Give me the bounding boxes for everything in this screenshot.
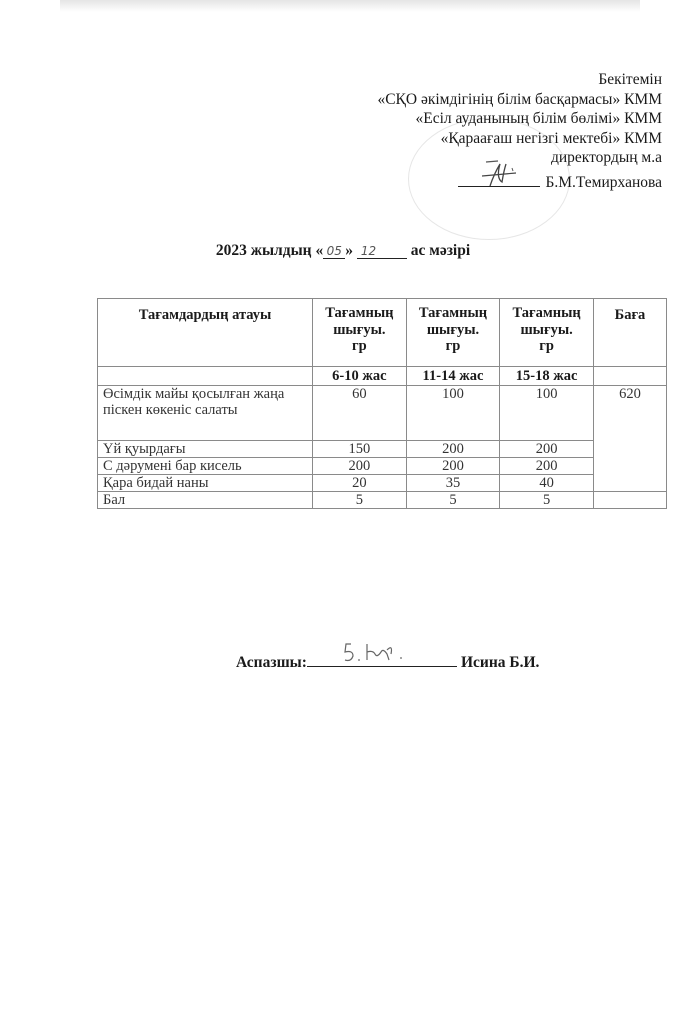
- title-prefix: 2023 жылдың «: [216, 242, 323, 259]
- approval-heading: Бекітемін: [377, 70, 662, 90]
- cook-name: Исина Б.И.: [461, 654, 539, 671]
- document-title: 2023 жылдың «05» 12 ас мәзірі: [0, 242, 686, 260]
- price-empty-cell: [593, 492, 666, 509]
- food-name: Қара бидай наны: [98, 475, 313, 492]
- age-group-row: 6-10 жас 11-14 жас 15-18 жас: [98, 367, 667, 386]
- title-mid: »: [345, 242, 357, 259]
- table-row: Үй қуырдағы 150 200 200: [98, 441, 667, 458]
- menu-table: Тағамдардың атауы Тағамның шығуы. гр Тағ…: [97, 298, 667, 509]
- yield-6-10: 150: [313, 441, 407, 458]
- header-yield-6-10: Тағамның шығуы. гр: [313, 299, 407, 367]
- handwritten-signature-icon: [343, 638, 423, 664]
- food-name: Бал: [98, 492, 313, 509]
- header-text: шығуы.: [333, 322, 385, 338]
- yield-15-18: 200: [500, 458, 594, 475]
- header-text: гр: [446, 338, 461, 354]
- approval-org-1: «СҚО әкімдігінің білім басқармасы» КММ: [377, 90, 662, 110]
- approval-org-3: «Қараағаш негізгі мектебі» КММ: [377, 129, 662, 149]
- title-day: 05: [323, 244, 345, 259]
- table-header-row: Тағамдардың атауы Тағамның шығуы. гр Тағ…: [98, 299, 667, 367]
- food-name: С дәрумені бар кисель: [98, 458, 313, 475]
- header-text: Тағамның: [512, 305, 580, 321]
- header-yield-15-18: Тағамның шығуы. гр: [500, 299, 594, 367]
- table-row: Бал 5 5 5: [98, 492, 667, 509]
- cook-label: Аспазшы:: [236, 654, 307, 671]
- price-cell: 620: [593, 386, 666, 492]
- table-row: Қара бидай наны 20 35 40: [98, 475, 667, 492]
- table-row: С дәрумені бар кисель 200 200 200: [98, 458, 667, 475]
- food-name: Үй қуырдағы: [98, 441, 313, 458]
- yield-15-18: 100: [500, 386, 594, 441]
- age-6-10: 6-10 жас: [313, 367, 407, 386]
- handwritten-signature-icon: [476, 156, 526, 188]
- header-yield-11-14: Тағамның шығуы. гр: [406, 299, 500, 367]
- header-text: гр: [352, 338, 367, 354]
- header-food-name: Тағамдардың атауы: [98, 299, 313, 367]
- approval-org-2: «Есіл ауданының білім бөлімі» КММ: [377, 109, 662, 129]
- yield-11-14: 200: [406, 441, 500, 458]
- yield-15-18: 5: [500, 492, 594, 509]
- yield-11-14: 5: [406, 492, 500, 509]
- cook-signature-line: Аспазшы: Исина Б.И.: [236, 652, 539, 672]
- yield-11-14: 35: [406, 475, 500, 492]
- table-row: Өсімдік майы қосылған жаңа піскен көкені…: [98, 386, 667, 441]
- title-suffix: ас мәзірі: [407, 242, 470, 259]
- title-month: 12: [357, 244, 407, 259]
- header-text: Тағамның: [325, 305, 393, 321]
- yield-15-18: 200: [500, 441, 594, 458]
- age-empty-cell: [98, 367, 313, 386]
- header-text: шығуы.: [427, 322, 479, 338]
- yield-15-18: 40: [500, 475, 594, 492]
- food-name: Өсімдік майы қосылған жаңа піскен көкені…: [98, 386, 313, 441]
- director-signature: [458, 168, 540, 187]
- scan-artifact: [60, 0, 640, 12]
- approval-signature-row: Б.М.Темирханова: [377, 168, 662, 193]
- yield-6-10: 200: [313, 458, 407, 475]
- age-15-18: 15-18 жас: [500, 367, 594, 386]
- header-text: Тағамның: [419, 305, 487, 321]
- signatory-name: Б.М.Темирханова: [545, 174, 662, 191]
- age-price-empty: [593, 367, 666, 386]
- yield-6-10: 60: [313, 386, 407, 441]
- header-text: шығуы.: [520, 322, 572, 338]
- age-11-14: 11-14 жас: [406, 367, 500, 386]
- cook-signature: [307, 652, 457, 667]
- yield-11-14: 200: [406, 458, 500, 475]
- yield-11-14: 100: [406, 386, 500, 441]
- yield-6-10: 5: [313, 492, 407, 509]
- header-price: Баға: [593, 299, 666, 367]
- yield-6-10: 20: [313, 475, 407, 492]
- approval-block: Бекітемін «СҚО әкімдігінің білім басқарм…: [377, 70, 662, 193]
- header-text: гр: [539, 338, 554, 354]
